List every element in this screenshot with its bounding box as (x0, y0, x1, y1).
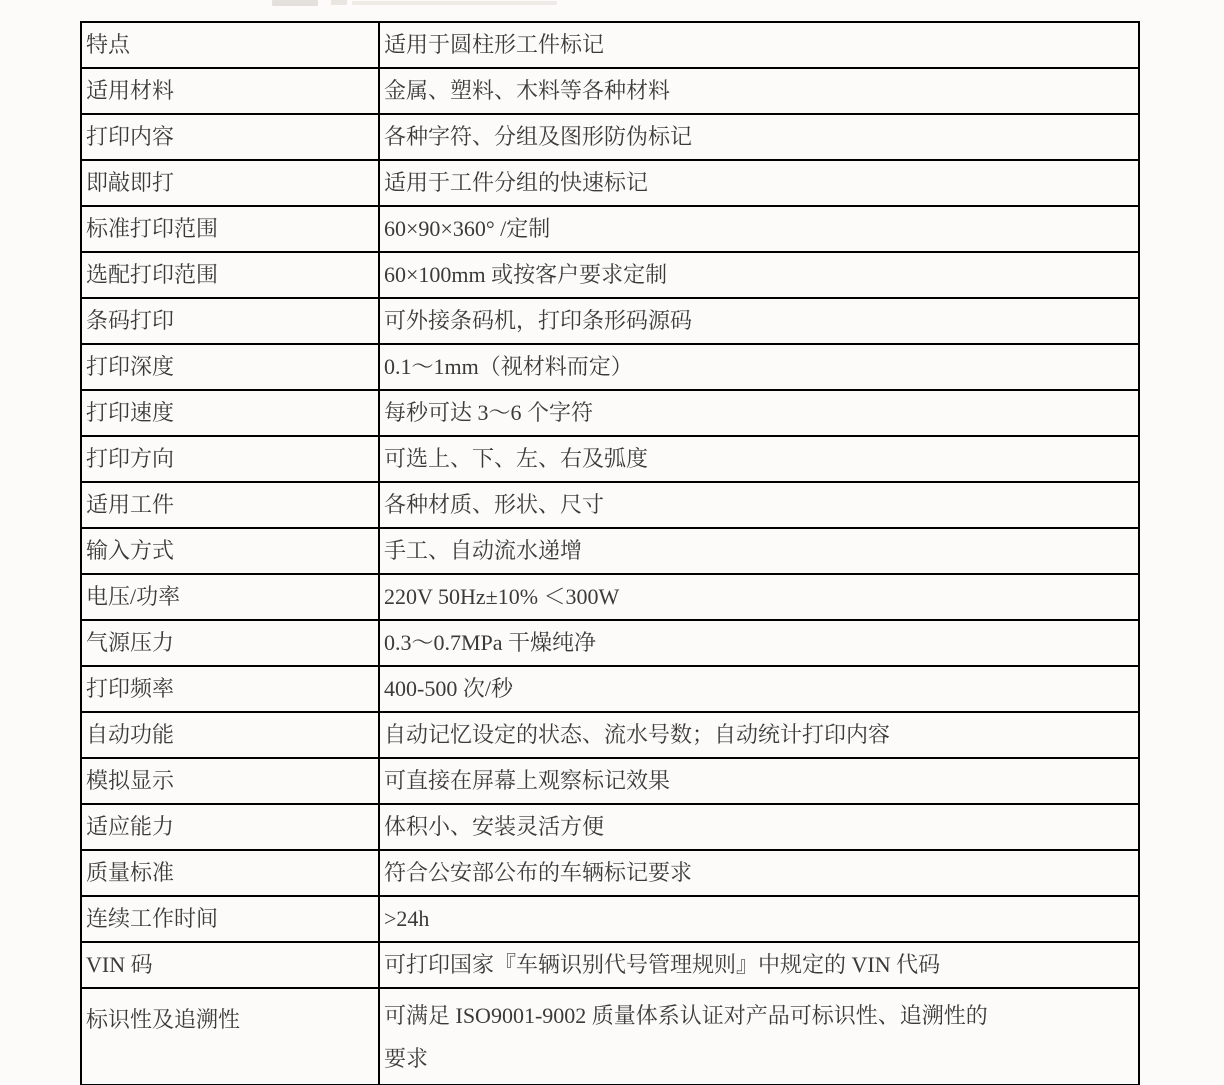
spec-label-cell: 标准打印范围 (81, 206, 379, 252)
cropped-heading-artifact (331, 0, 347, 5)
spec-label-cell: 特点 (81, 22, 379, 68)
spec-value-cell: 400-500 次/秒 (379, 666, 1139, 712)
spec-label-cell: 即敲即打 (81, 160, 379, 206)
spec-label-cell: 适用工件 (81, 482, 379, 528)
table-row: 打印内容 各种字符、分组及图形防伪标记 (81, 114, 1139, 160)
spec-value-cell: 可满足 ISO9001-9002 质量体系认证对产品可标识性、追溯性的 要求 (379, 988, 1139, 1085)
spec-value-cell: >24h (379, 896, 1139, 942)
spec-value-cell: 金属、塑料、木料等各种材料 (379, 68, 1139, 114)
table-row: 标识性及追溯性 可满足 ISO9001-9002 质量体系认证对产品可标识性、追… (81, 988, 1139, 1085)
spec-label-cell: 适应能力 (81, 804, 379, 850)
table-row: 打印深度 0.1～1mm（视材料而定） (81, 344, 1139, 390)
table-row: 模拟显示 可直接在屏幕上观察标记效果 (81, 758, 1139, 804)
table-row: 连续工作时间 >24h (81, 896, 1139, 942)
spec-value-cell: 体积小、安装灵活方便 (379, 804, 1139, 850)
spec-label-cell: 打印方向 (81, 436, 379, 482)
spec-label-cell: 条码打印 (81, 298, 379, 344)
table-row: 打印频率 400-500 次/秒 (81, 666, 1139, 712)
spec-label-cell: 标识性及追溯性 (81, 988, 379, 1085)
table-row: 条码打印 可外接条码机，打印条形码源码 (81, 298, 1139, 344)
spec-value-cell: 60×90×360° /定制 (379, 206, 1139, 252)
table-row: 选配打印范围 60×100mm 或按客户要求定制 (81, 252, 1139, 298)
cropped-heading-artifact (272, 0, 318, 6)
spec-label-cell: 打印频率 (81, 666, 379, 712)
spec-label-cell: VIN 码 (81, 942, 379, 988)
spec-value-cell: 0.3～0.7MPa 干燥纯净 (379, 620, 1139, 666)
table-row: VIN 码 可打印国家『车辆识别代号管理规则』中规定的 VIN 代码 (81, 942, 1139, 988)
spec-value-cell: 220V 50Hz±10% ＜300W (379, 574, 1139, 620)
spec-value-cell: 可打印国家『车辆识别代号管理规则』中规定的 VIN 代码 (379, 942, 1139, 988)
table-row: 输入方式 手工、自动流水递增 (81, 528, 1139, 574)
table-row: 即敲即打 适用于工件分组的快速标记 (81, 160, 1139, 206)
spec-value-cell: 适用于工件分组的快速标记 (379, 160, 1139, 206)
spec-label-cell: 输入方式 (81, 528, 379, 574)
spec-label-cell: 连续工作时间 (81, 896, 379, 942)
spec-label-cell: 打印内容 (81, 114, 379, 160)
product-spec-table: 特点 适用于圆柱形工件标记 适用材料 金属、塑料、木料等各种材料 打印内容 各种… (80, 21, 1140, 1085)
table-row: 质量标准 符合公安部公布的车辆标记要求 (81, 850, 1139, 896)
cropped-heading-artifact (352, 1, 557, 5)
table-row: 适应能力 体积小、安装灵活方便 (81, 804, 1139, 850)
spec-label-cell: 自动功能 (81, 712, 379, 758)
spec-value-cell: 各种字符、分组及图形防伪标记 (379, 114, 1139, 160)
table-row: 自动功能 自动记忆设定的状态、流水号数；自动统计打印内容 (81, 712, 1139, 758)
spec-label-cell: 适用材料 (81, 68, 379, 114)
table-row: 标准打印范围 60×90×360° /定制 (81, 206, 1139, 252)
table-row: 适用材料 金属、塑料、木料等各种材料 (81, 68, 1139, 114)
spec-label-cell: 选配打印范围 (81, 252, 379, 298)
spec-label-cell: 电压/功率 (81, 574, 379, 620)
spec-value-cell: 可直接在屏幕上观察标记效果 (379, 758, 1139, 804)
table-row: 特点 适用于圆柱形工件标记 (81, 22, 1139, 68)
spec-value-cell: 0.1～1mm（视材料而定） (379, 344, 1139, 390)
spec-value-cell: 各种材质、形状、尺寸 (379, 482, 1139, 528)
spec-value-cell: 可外接条码机，打印条形码源码 (379, 298, 1139, 344)
spec-value-cell: 60×100mm 或按客户要求定制 (379, 252, 1139, 298)
spec-label-cell: 气源压力 (81, 620, 379, 666)
spec-label-cell: 打印速度 (81, 390, 379, 436)
spec-value-cell: 符合公安部公布的车辆标记要求 (379, 850, 1139, 896)
spec-value-cell: 手工、自动流水递增 (379, 528, 1139, 574)
spec-label-cell: 质量标准 (81, 850, 379, 896)
spec-label-cell: 打印深度 (81, 344, 379, 390)
table-row: 打印速度 每秒可达 3～6 个字符 (81, 390, 1139, 436)
spec-value-cell: 每秒可达 3～6 个字符 (379, 390, 1139, 436)
table-row: 气源压力 0.3～0.7MPa 干燥纯净 (81, 620, 1139, 666)
spec-label-cell: 模拟显示 (81, 758, 379, 804)
spec-value-cell: 适用于圆柱形工件标记 (379, 22, 1139, 68)
table-row: 打印方向 可选上、下、左、右及弧度 (81, 436, 1139, 482)
table-row: 适用工件 各种材质、形状、尺寸 (81, 482, 1139, 528)
spec-table-body: 特点 适用于圆柱形工件标记 适用材料 金属、塑料、木料等各种材料 打印内容 各种… (81, 22, 1139, 1085)
table-row: 电压/功率 220V 50Hz±10% ＜300W (81, 574, 1139, 620)
spec-value-cell: 自动记忆设定的状态、流水号数；自动统计打印内容 (379, 712, 1139, 758)
spec-value-cell: 可选上、下、左、右及弧度 (379, 436, 1139, 482)
